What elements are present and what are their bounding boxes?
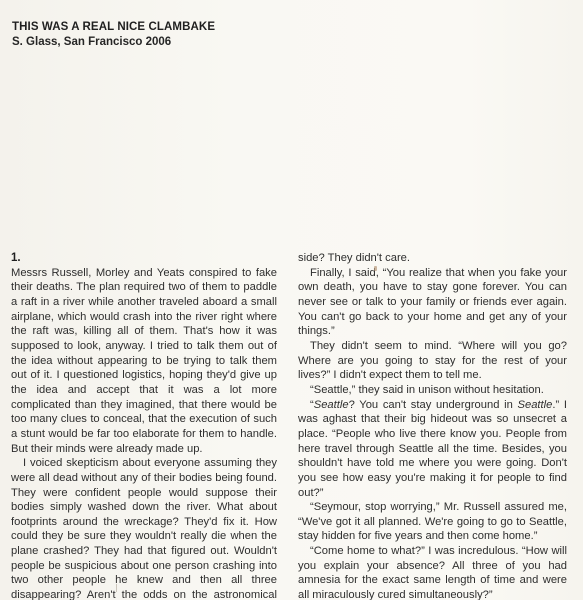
paragraph-continuation: side? They didn't care. (298, 251, 567, 266)
ink-smudge (374, 266, 377, 271)
emphasis-seattle: Seattle (518, 399, 553, 411)
paragraph: “Seattle,” they said in unison without h… (298, 383, 567, 398)
paragraph-seattle: “Seattle? You can't stay underground in … (298, 398, 567, 501)
right-text-column: side? They didn't care. Finally, I said,… (298, 251, 567, 600)
paragraph: Finally, I said, “You realize that when … (298, 266, 567, 339)
text-fragment: ? You can't stay underground in (349, 399, 518, 411)
paragraph: Messrs Russell, Morley and Yeats conspir… (11, 266, 277, 457)
story-title: THIS WAS A REAL NICE CLAMBAKE (12, 20, 215, 35)
story-byline: S. Glass, San Francisco 2006 (12, 35, 215, 50)
emphasis-seattle: Seattle (314, 399, 349, 411)
book-page: THIS WAS A REAL NICE CLAMBAKE S. Glass, … (0, 0, 583, 600)
section-number: 1. (11, 251, 277, 266)
text-fragment: .” I was aghast that their big hideout w… (298, 399, 567, 499)
paragraph: “Seymour, stop worrying,” Mr. Russell as… (298, 500, 567, 544)
page-mark (116, 584, 117, 592)
story-header: THIS WAS A REAL NICE CLAMBAKE S. Glass, … (12, 20, 215, 50)
paragraph: They didn't seem to mind. “Where will yo… (298, 339, 567, 383)
paragraph: “Come home to what?” I was incredulous. … (298, 544, 567, 600)
left-text-column: 1. Messrs Russell, Morley and Yeats cons… (11, 251, 277, 600)
paragraph: I voiced skepticism about everyone assum… (11, 456, 277, 600)
